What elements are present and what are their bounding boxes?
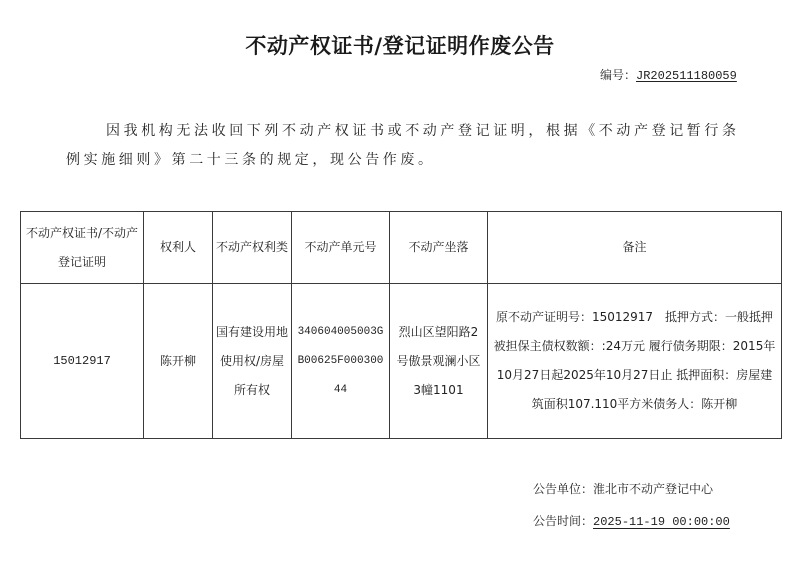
- announcing-unit-value: 淮北市不动产登记中心: [593, 482, 713, 496]
- announcing-unit: 公告单位：淮北市不动产登记中心: [533, 480, 713, 497]
- table-header-row: 不动产权证书/不动产登记证明 权利人 不动产权利类 不动产单元号 不动产坐落 备…: [21, 212, 782, 284]
- column-header-owner: 权利人: [144, 212, 213, 284]
- cell-unit-no: 340604005003GB00625F00030044: [292, 284, 390, 439]
- document-number: 编号：JR202511180059: [600, 66, 737, 83]
- void-certificate-table: 不动产权证书/不动产登记证明 权利人 不动产权利类 不动产单元号 不动产坐落 备…: [20, 211, 782, 439]
- intro-paragraph: 因我机构无法收回下列不动产权证书或不动产登记证明，根据《不动产登记暂行条例实施细…: [66, 117, 746, 175]
- cell-cert-no: 15012917: [21, 284, 144, 439]
- document-number-label: 编号：: [600, 68, 636, 82]
- column-header-right-type: 不动产权利类: [213, 212, 292, 284]
- column-header-cert-no: 不动产权证书/不动产登记证明: [21, 212, 144, 284]
- column-header-remark: 备注: [488, 212, 782, 284]
- page-title: 不动产权证书/登记证明作废公告: [0, 30, 800, 60]
- announcement-time: 公告时间：2025-11-19 00:00:00: [533, 512, 730, 529]
- document-number-value: JR202511180059: [636, 69, 737, 83]
- cell-owner: 陈开柳: [144, 284, 213, 439]
- cell-remark: 原不动产证明号：15012917 抵押方式：一般抵押 被担保主债权数额：:24万…: [488, 284, 782, 439]
- announcement-time-label: 公告时间：: [533, 514, 593, 528]
- cell-right-type: 国有建设用地使用权/房屋所有权: [213, 284, 292, 439]
- cell-location: 烈山区望阳路2号傲景观澜小区3幢1101: [390, 284, 488, 439]
- announcing-unit-label: 公告单位：: [533, 482, 593, 496]
- announcement-time-value: 2025-11-19 00:00:00: [593, 515, 730, 529]
- table-row: 15012917 陈开柳 国有建设用地使用权/房屋所有权 34060400500…: [21, 284, 782, 439]
- intro-text: 因我机构无法收回下列不动产权证书或不动产登记证明，根据《不动产登记暂行条例实施细…: [66, 123, 740, 168]
- column-header-location: 不动产坐落: [390, 212, 488, 284]
- column-header-unit-no: 不动产单元号: [292, 212, 390, 284]
